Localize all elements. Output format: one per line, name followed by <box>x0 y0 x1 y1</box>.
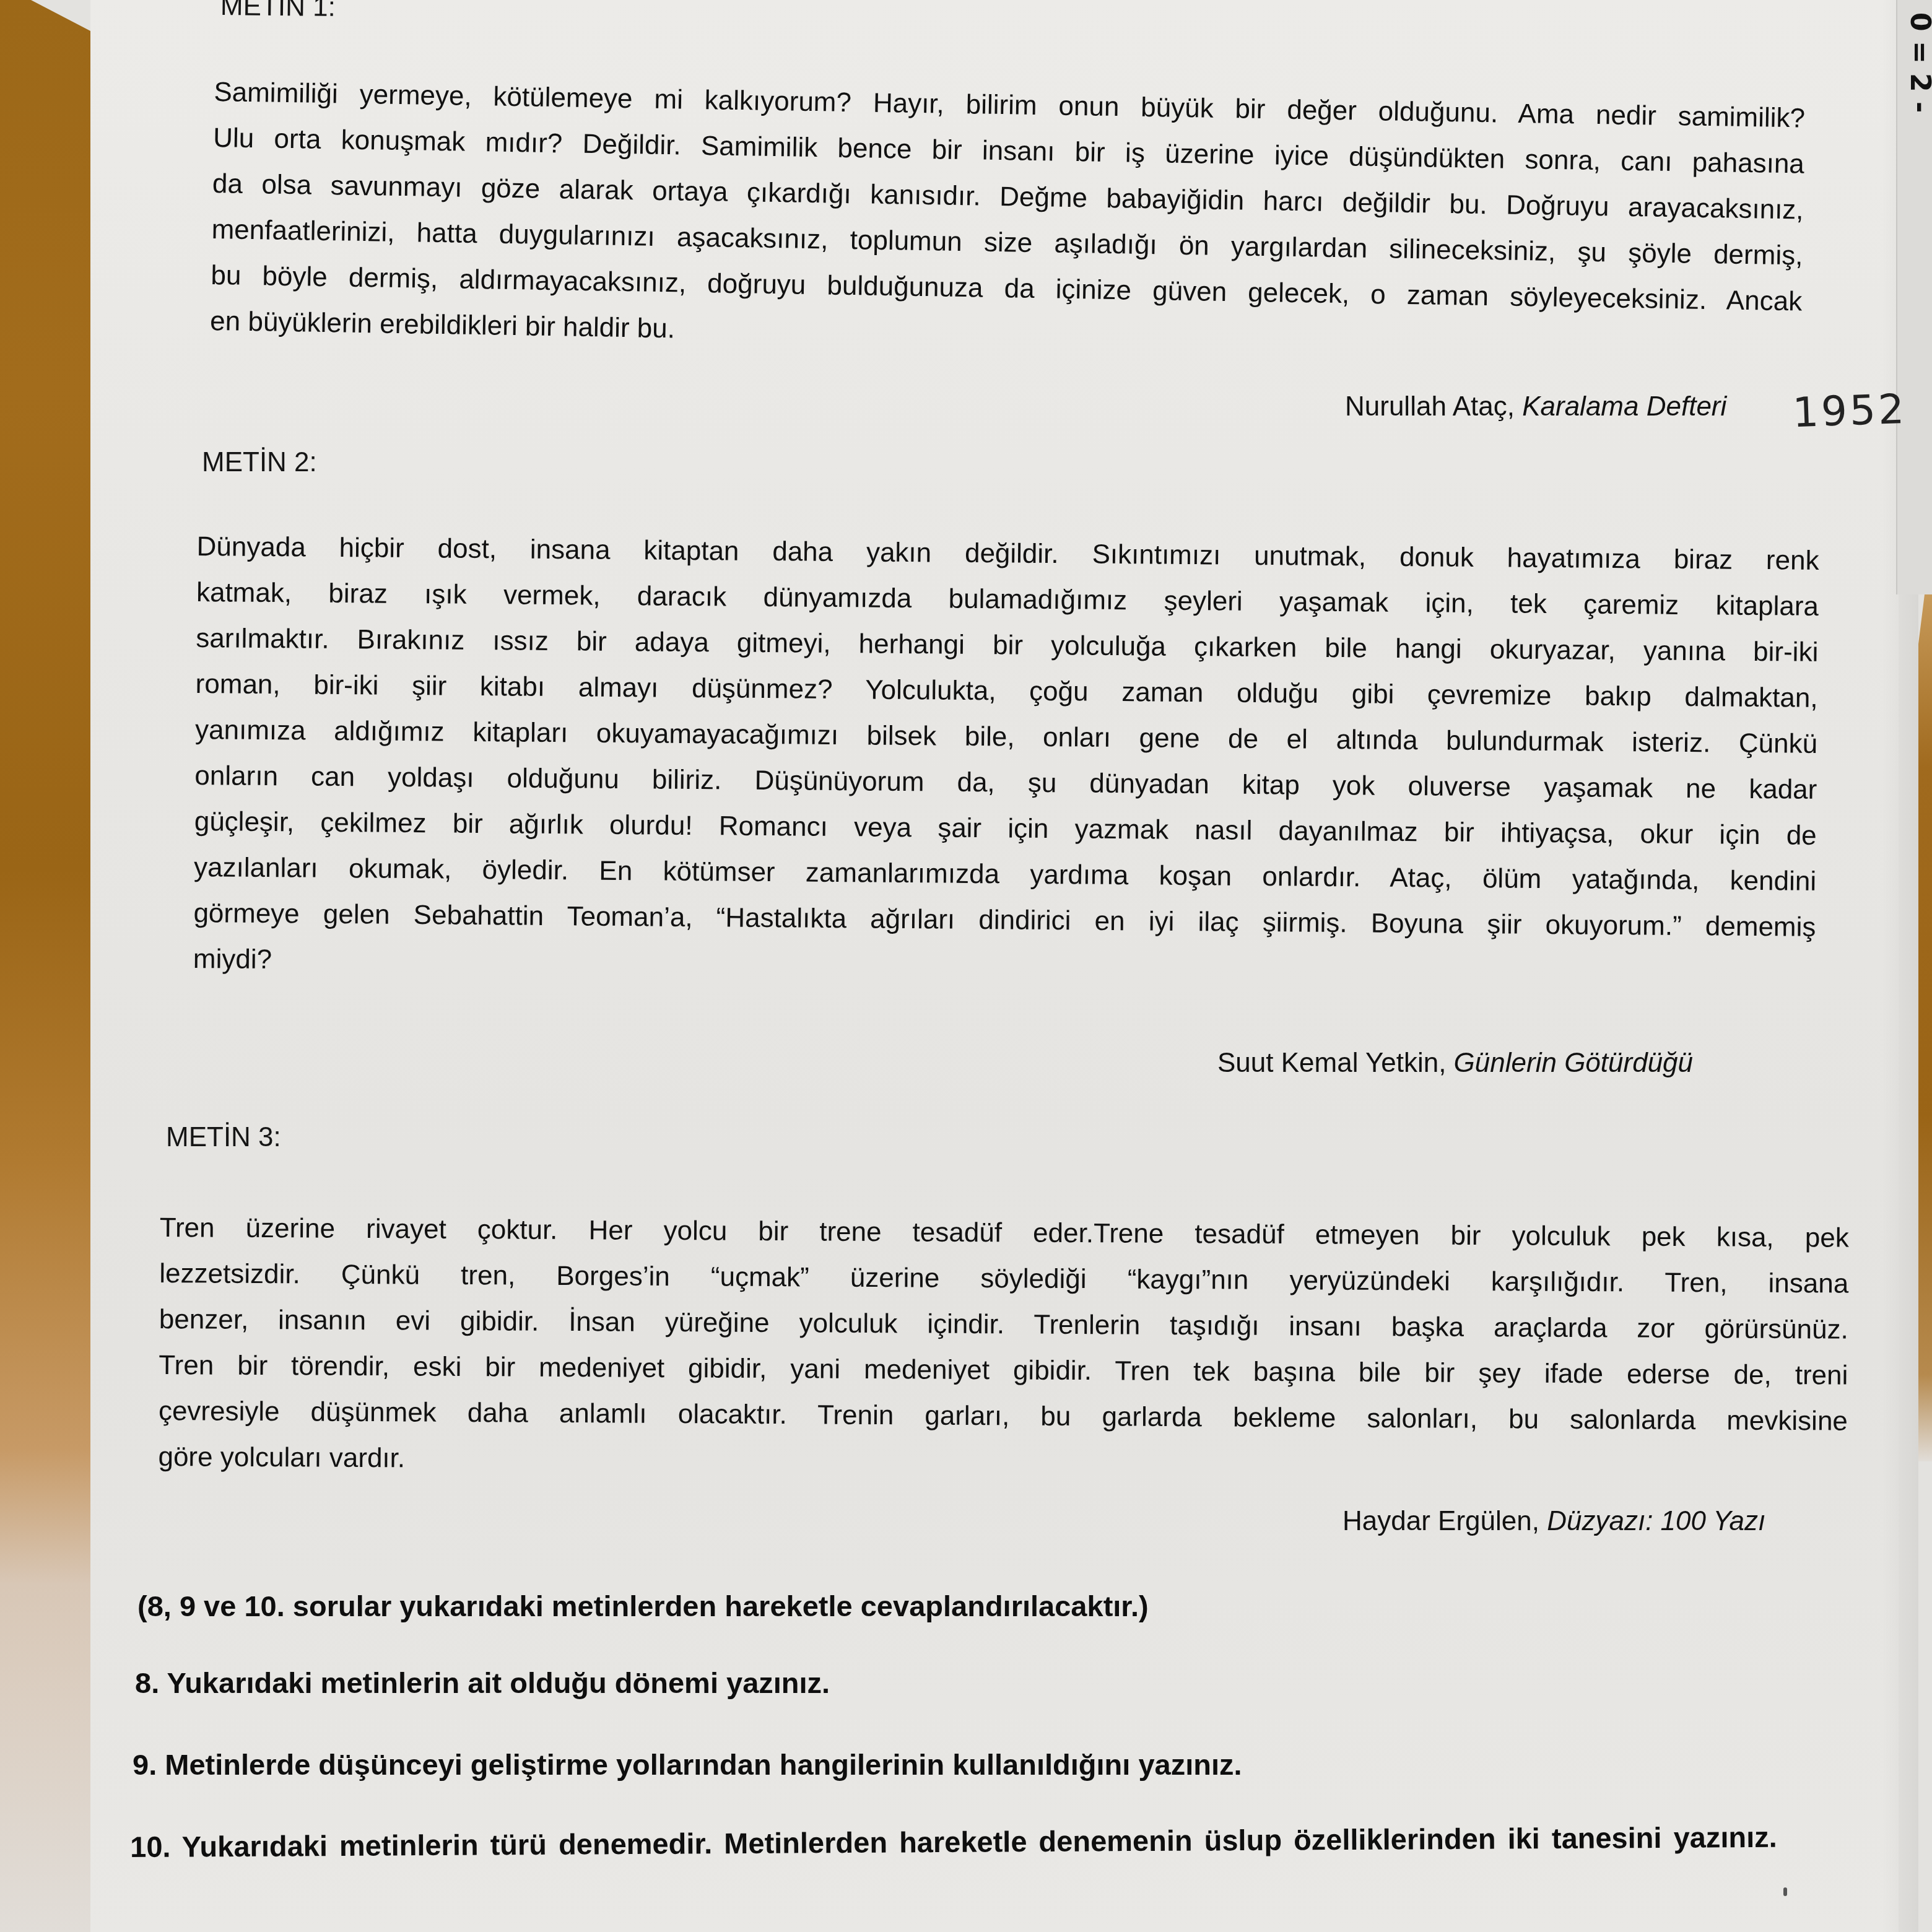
text-3-heading: METİN 3: <box>166 1122 281 1153</box>
text-3-body: Tren üzerine rivayet çoktur. Her yolcu b… <box>158 1205 1849 1490</box>
text-2-source: Suut Kemal Yetkin, Günlerin Götürdüğü <box>1217 1048 1693 1079</box>
text-2-author: Suut Kemal Yetkin, <box>1217 1048 1446 1078</box>
text-3-author: Haydar Ergülen, <box>1342 1506 1539 1536</box>
question-9: 9. Metinlerde düşünceyi geliştirme yolla… <box>133 1747 1242 1782</box>
text-1-source: Nurullah Ataç, Karalama Defteri <box>1345 391 1726 422</box>
text-1-body: Samimiliği yermeye, kötülemeye mi kalkıy… <box>210 69 1806 371</box>
text-2-body: Dünyada hiçbir dost, insana kitaptan dah… <box>193 524 1819 996</box>
text-3-work: Düzyazı: 100 Yazı <box>1547 1506 1765 1536</box>
handwritten-year: 1952 <box>1792 385 1908 437</box>
paper-speck <box>1783 1887 1787 1896</box>
questions-instruction: (8, 9 ve 10. sorular yukarıdaki metinler… <box>137 1589 1149 1623</box>
question-8: 8. Yukarıdaki metinlerin ait olduğu döne… <box>135 1666 830 1700</box>
text-2-work: Günlerin Götürdüğü <box>1454 1048 1693 1078</box>
text-2-heading: METİN 2: <box>202 447 317 478</box>
photo-scene: 0 = 2 - METİN 1: Samimiliği yermeye, köt… <box>0 0 1932 1932</box>
text-1-author: Nurullah Ataç, <box>1345 391 1515 422</box>
wooden-table-left <box>0 0 93 1932</box>
text-3-source: Haydar Ergülen, Düzyazı: 100 Yazı <box>1342 1506 1765 1537</box>
text-1-work: Karalama Defteri <box>1522 391 1726 422</box>
text-1-heading: METİN 1: <box>220 0 336 23</box>
handwritten-margin-note: 0 = 2 - <box>1907 12 1932 45</box>
wooden-table-right <box>1918 594 1932 1461</box>
